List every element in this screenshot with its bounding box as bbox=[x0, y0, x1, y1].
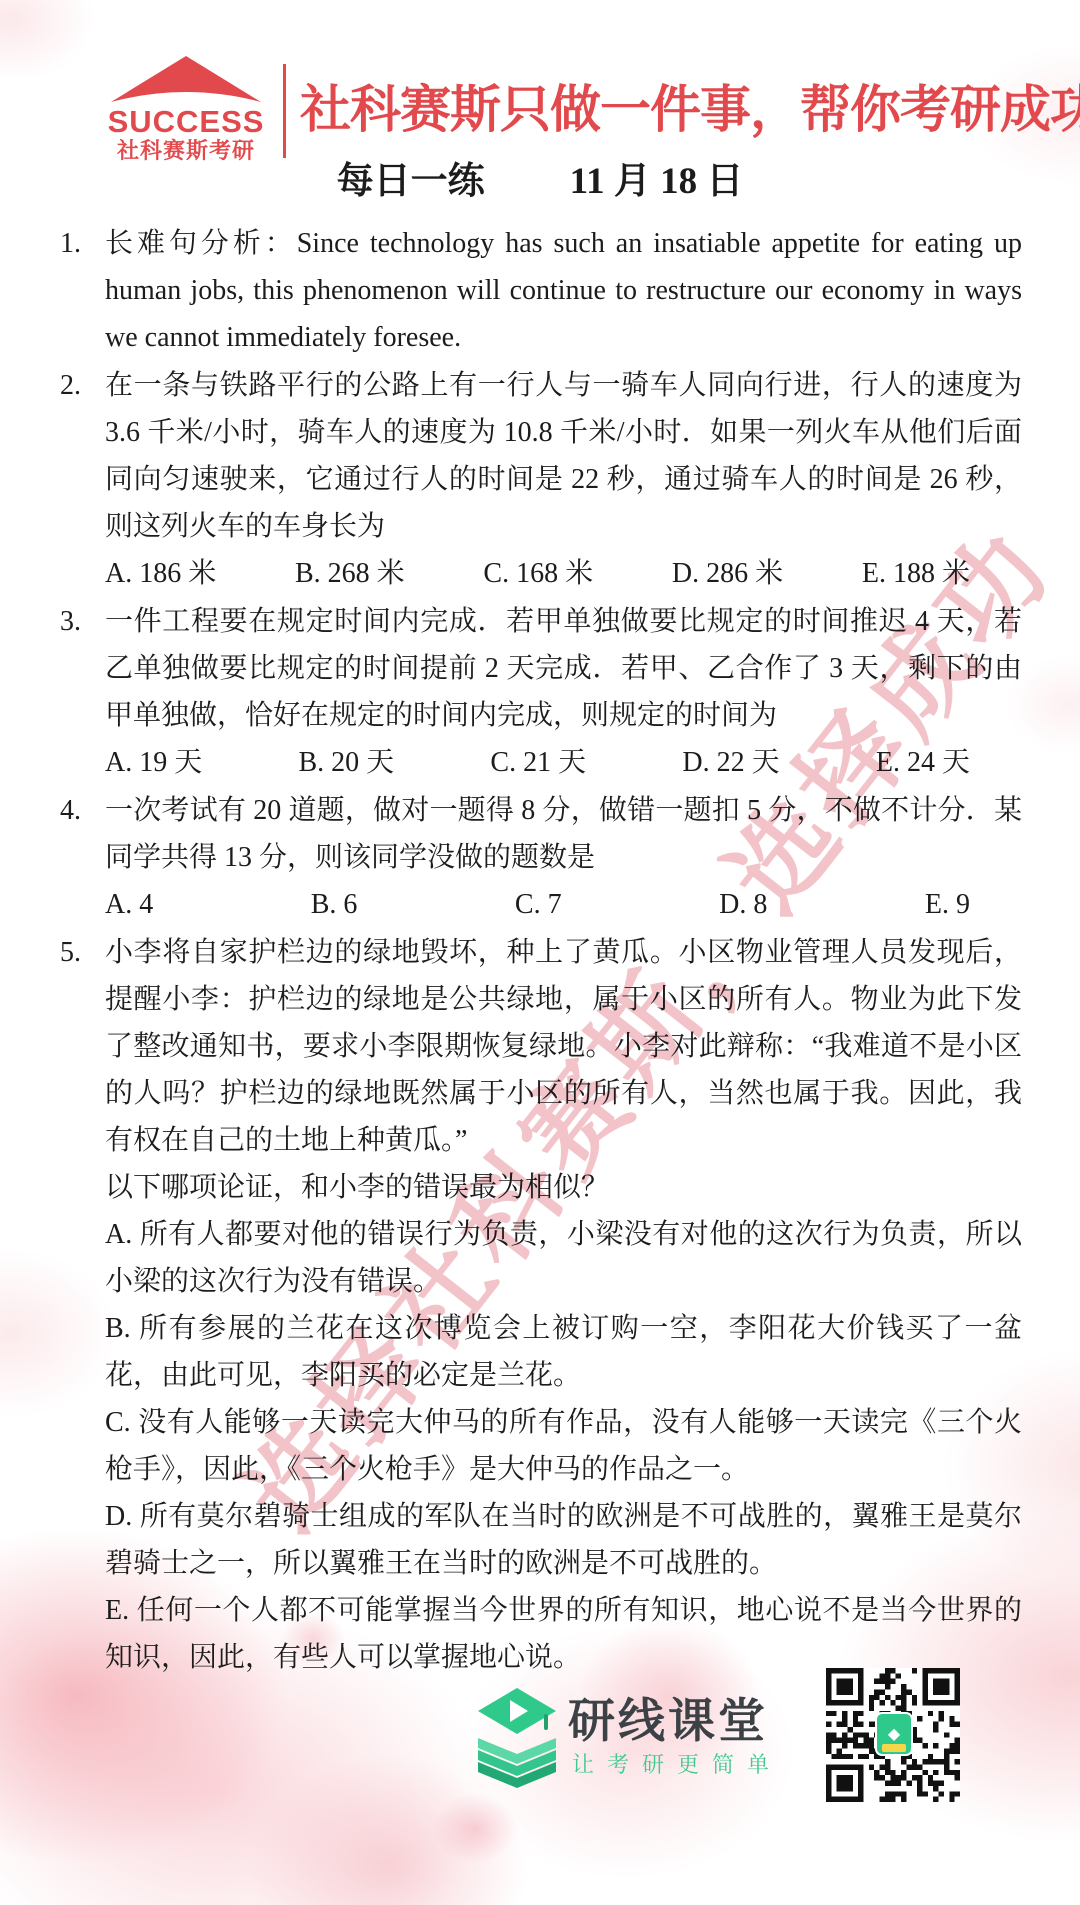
headline: 社科赛斯只做一件事，帮你考研成功！ bbox=[300, 70, 1020, 150]
option-c: C. 21 天 bbox=[490, 739, 586, 786]
question-1: 1. 长难句分析：Since technology has such an in… bbox=[58, 220, 1022, 361]
question-text: 小李将自家护栏边的绿地毁坏，种上了黄瓜。小区物业管理人员发现后，提醒小李：护栏边… bbox=[105, 929, 1022, 1164]
option-d: D. 22 天 bbox=[682, 739, 779, 786]
question-text: 长难句分析：Since technology has such an insat… bbox=[105, 220, 1022, 361]
choice-b: B. 所有参展的兰花在这次博览会上被订购一空，李阳花大价钱买了一盆花，由此可见，… bbox=[105, 1305, 1022, 1399]
option-a: A. 19 天 bbox=[105, 739, 202, 786]
qr-center-icon: ◆ bbox=[875, 1712, 913, 1756]
question-number: 2. bbox=[60, 362, 81, 409]
option-c: C. 168 米 bbox=[483, 550, 593, 597]
footer: 研线课堂 让考研更简单 ◆ bbox=[0, 1666, 1080, 1826]
header-divider bbox=[283, 64, 286, 158]
qr-code: ◆ bbox=[826, 1668, 960, 1802]
option-b: B. 268 米 bbox=[295, 550, 405, 597]
option-e: E. 24 天 bbox=[876, 739, 970, 786]
option-a: A. 186 米 bbox=[105, 550, 216, 597]
option-b: B. 20 天 bbox=[298, 739, 394, 786]
options-row: A. 4 B. 6 C. 7 D. 8 E. 9 bbox=[105, 881, 1022, 928]
question-list: 1. 长难句分析：Since technology has such an in… bbox=[58, 220, 1022, 1682]
option-b: B. 6 bbox=[311, 881, 358, 928]
brand-logo: SUCCESS 社科赛斯考研 bbox=[100, 56, 272, 163]
question-2: 2. 在一条与铁路平行的公路上有一行人与一骑车人同向行进，行人的速度为 3.6 … bbox=[58, 362, 1022, 597]
option-d: D. 8 bbox=[719, 881, 767, 928]
options-row: A. 186 米 B. 268 米 C. 168 米 D. 286 米 E. 1… bbox=[105, 550, 1022, 597]
option-a: A. 4 bbox=[105, 881, 153, 928]
question-text: 在一条与铁路平行的公路上有一行人与一骑车人同向行进，行人的速度为 3.6 千米/… bbox=[105, 362, 1022, 550]
qr-icon-band bbox=[882, 1744, 906, 1752]
brand-logo-text: SUCCESS bbox=[100, 106, 272, 138]
option-d: D. 286 米 bbox=[672, 550, 783, 597]
question-number: 4. bbox=[60, 787, 81, 834]
question-number: 5. bbox=[60, 929, 81, 976]
roof-icon bbox=[111, 56, 261, 104]
page-date: 11 月 18 日 bbox=[570, 161, 744, 202]
question-4: 4. 一次考试有 20 道题，做对一题得 8 分，做错一题扣 5 分，不做不计分… bbox=[58, 787, 1022, 928]
choice-a: A. 所有人都要对他的错误行为负责，小梁没有对他的这次行为负责，所以小梁的这次行… bbox=[105, 1211, 1022, 1305]
options-row: A. 19 天 B. 20 天 C. 21 天 D. 22 天 E. 24 天 bbox=[105, 739, 1022, 786]
page-title-row: 每日一练11 月 18 日 bbox=[0, 158, 1080, 206]
choice-d: D. 所有莫尔碧骑士组成的军队在当时的欧洲是不可战胜的，翼雅王是莫尔碧骑士之一，… bbox=[105, 1493, 1022, 1587]
question-number: 3. bbox=[60, 598, 81, 645]
page-title: 每日一练 bbox=[337, 161, 485, 202]
question-3: 3. 一件工程要在规定时间内完成．若甲单独做要比规定的时间推迟 4 天，若乙单独… bbox=[58, 598, 1022, 786]
footer-logo-name: 研线课堂 bbox=[568, 1684, 768, 1751]
question-text: 一件工程要在规定时间内完成．若甲单独做要比规定的时间推迟 4 天，若乙单独做要比… bbox=[105, 598, 1022, 739]
option-c: C. 7 bbox=[515, 881, 562, 928]
choice-c: C. 没有人能够一天读完大仲马的所有作品，没有人能够一天读完《三个火枪手》，因此… bbox=[105, 1399, 1022, 1493]
question-number: 1. bbox=[60, 220, 81, 267]
yanxian-logo-icon bbox=[478, 1688, 556, 1788]
question-5: 5. 小李将自家护栏边的绿地毁坏，种上了黄瓜。小区物业管理人员发现后，提醒小李：… bbox=[58, 929, 1022, 1681]
option-e: E. 188 米 bbox=[862, 550, 970, 597]
question-stem: 以下哪项论证，和小李的错误最为相似？ bbox=[105, 1164, 1022, 1211]
option-e: E. 9 bbox=[925, 881, 970, 928]
qr-icon-glyph: ◆ bbox=[888, 1728, 900, 1740]
footer-tagline: 让考研更简单 bbox=[572, 1748, 782, 1779]
question-text: 一次考试有 20 道题，做对一题得 8 分，做错一题扣 5 分，不做不计分．某同… bbox=[105, 787, 1022, 881]
